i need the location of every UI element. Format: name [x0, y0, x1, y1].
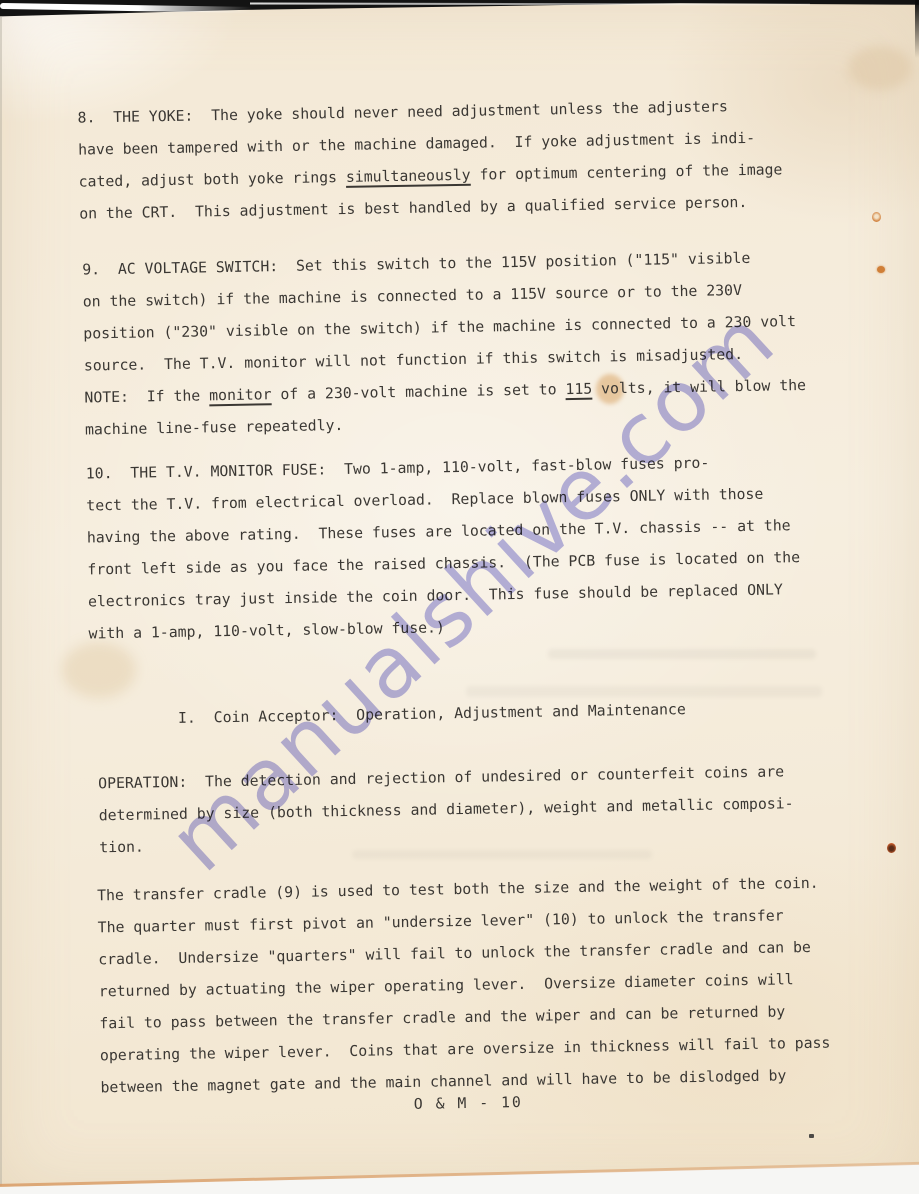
paragraph-operation: OPERATION: The detection and rejection o…: [98, 756, 794, 864]
scanned-manual-page: { "colors": { "paper": "#f3e9d7", "ink":…: [0, 0, 919, 1194]
section-heading-coin-acceptor: I. Coin Acceptor: Operation, Adjustment …: [178, 694, 686, 735]
paragraph-ac-voltage-switch: 9. AC VOLTAGE SWITCH: Set this switch to…: [82, 242, 807, 447]
paragraph-transfer-cradle: The transfer cradle (9) is used to test …: [97, 868, 831, 1105]
page-content: 8. THE YOKE: The yoke should never need …: [0, 0, 919, 1194]
scan-right-edge-shadow: [915, 0, 919, 58]
paragraph-tv-monitor-fuse: 10. THE T.V. MONITOR FUSE: Two 1-amp, 11…: [86, 446, 802, 650]
paragraph-yoke: 8. THE YOKE: The yoke should never need …: [77, 90, 783, 230]
